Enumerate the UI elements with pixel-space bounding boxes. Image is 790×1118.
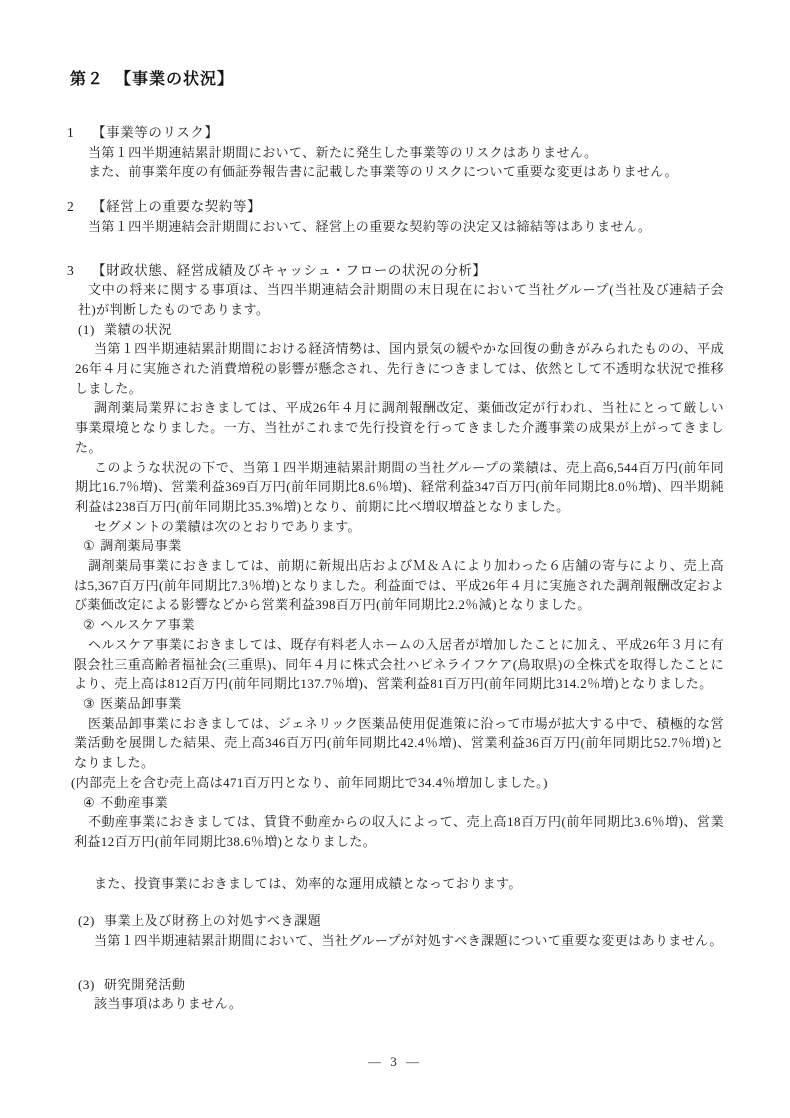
- section-business-risks: 1 【事業等のリスク】 当第１四半期連結累計期間において、新たに発生した事業等の…: [67, 123, 724, 182]
- paragraph: 当第１四半期連結累計期間において、新たに発生した事業等のリスクはありません。: [78, 143, 724, 163]
- subsection-title: 業績の状況: [104, 320, 172, 340]
- paragraph: 文中の将来に関する事項は、当四半期連結会計期間の末日現在において当社グループ(当…: [78, 280, 724, 319]
- section-number: 3: [67, 261, 92, 281]
- segment-title: 不動産事業: [100, 793, 168, 813]
- paragraph: ヘルスケア事業におきましては、既存有料老人ホームの入居者が増加したことに加え、平…: [74, 635, 724, 694]
- note-paragraph: (内部売上を含む売上高は471百万円となり、前年同期比で34.4％増加しました。…: [71, 773, 724, 793]
- segment-item-pharmaceutical-wholesale: ③ 医薬品卸事業 医薬品卸事業におきましては、ジェネリック医薬品使用促進策に沿っ…: [67, 694, 724, 793]
- paragraph: 当第１四半期連結会計期間において、経営上の重要な契約等の決定又は締結等はありませ…: [78, 217, 724, 237]
- subsection-label: (3): [78, 975, 104, 995]
- segment-item-real-estate: ④ 不動産事業 不動産事業におきましては、賃貸不動産からの収入によって、売上高1…: [67, 793, 724, 852]
- paragraph: 当第１四半期連結累計期間において、当社グループが対処すべき課題について重要な変更…: [75, 931, 724, 951]
- section-material-contracts: 2 【経営上の重要な契約等】 当第１四半期連結会計期間において、経営上の重要な契…: [67, 197, 724, 236]
- section-title: 【経営上の重要な契約等】: [92, 197, 261, 217]
- paragraph: また、前事業年度の有価証券報告書に記載した事業等のリスクについて重要な変更はあり…: [78, 162, 724, 182]
- section-number: 2: [67, 197, 92, 217]
- segment-label: ①: [83, 536, 95, 556]
- segment-heading: ③ 医薬品卸事業: [83, 694, 724, 714]
- section-title: 【財政状態、経営成績及びキャッシュ・フローの状況の分析】: [92, 261, 487, 281]
- section-heading: 1 【事業等のリスク】: [67, 123, 724, 143]
- paragraph: 不動産事業におきましては、賃貸不動産からの収入によって、売上高18百万円(前年同…: [74, 812, 724, 851]
- section-heading: 2 【経営上の重要な契約等】: [67, 197, 724, 217]
- paragraph: 医薬品卸事業におきましては、ジェネリック医薬品使用促進策に沿って市場が拡大する中…: [74, 714, 724, 773]
- segment-label: ③: [83, 694, 95, 714]
- section-number: 1: [67, 123, 92, 143]
- paragraph: このような状況の下で、当第１四半期連結累計期間の当社グループの業績は、売上高6,…: [75, 458, 724, 517]
- subsection-heading: (1) 業績の状況: [78, 320, 724, 340]
- segment-label: ④: [83, 793, 95, 813]
- section-heading: 3 【財政状態、経営成績及びキャッシュ・フローの状況の分析】: [67, 261, 724, 281]
- segment-title: 医薬品卸事業: [100, 694, 182, 714]
- subsection-business-issues: (2) 事業上及び財務上の対処すべき課題 当第１四半期連結累計期間において、当社…: [67, 911, 724, 950]
- subsection-heading: (2) 事業上及び財務上の対処すべき課題: [78, 911, 724, 931]
- subsection-label: (1): [78, 320, 104, 340]
- subsection-title: 事業上及び財務上の対処すべき課題: [104, 911, 321, 931]
- paragraph: 該当事項はありません。: [75, 994, 724, 1014]
- chapter-title: 【事業の状況】: [115, 70, 234, 90]
- section-financial-analysis: 3 【財政状態、経営成績及びキャッシュ・フローの状況の分析】 文中の将来に関する…: [67, 261, 724, 1015]
- segment-item-pharmacy: ① 調剤薬局事業 調剤薬局事業におきましては、前期に新規出店およびＭ＆Ａにより加…: [67, 536, 724, 615]
- segment-title: ヘルスケア事業: [100, 615, 195, 635]
- subsection-title: 研究開発活動: [104, 975, 186, 995]
- segment-heading: ① 調剤薬局事業: [83, 536, 724, 556]
- chapter-number: 第２: [70, 70, 104, 90]
- chapter-heading: 第２ 【事業の状況】: [70, 70, 724, 90]
- paragraph: セグメントの業績は次のとおりであります。: [75, 517, 724, 537]
- subsection-business-results: (1) 業績の状況 当第１四半期連結累計期間における経済情勢は、国内景気の緩やか…: [67, 320, 724, 894]
- subsection-heading: (3) 研究開発活動: [78, 975, 724, 995]
- page-number: ― 3 ―: [0, 1052, 790, 1072]
- report-page: 第２ 【事業の状況】 1 【事業等のリスク】 当第１四半期連結累計期間において、…: [0, 0, 790, 1118]
- paragraph: 調剤薬局事業におきましては、前期に新規出店およびＭ＆Ａにより加わった６店舗の寄与…: [74, 556, 724, 615]
- segment-label: ②: [83, 615, 95, 635]
- segment-heading: ④ 不動産事業: [83, 793, 724, 813]
- segment-heading: ② ヘルスケア事業: [83, 615, 724, 635]
- segment-title: 調剤薬局事業: [100, 536, 182, 556]
- paragraph: 調剤薬局業界におきましては、平成26年４月に調剤報酬改定、薬価改定が行われ、当社…: [75, 398, 724, 457]
- closing-paragraph: また、投資事業におきましては、効率的な運用成績となっております。: [75, 874, 724, 894]
- paragraph: 当第１四半期連結累計期間における経済情勢は、国内景気の緩やかな回復の動きがみられ…: [75, 339, 724, 398]
- subsection-research-development: (3) 研究開発活動 該当事項はありません。: [67, 975, 724, 1014]
- segment-item-healthcare: ② ヘルスケア事業 ヘルスケア事業におきましては、既存有料老人ホームの入居者が増…: [67, 615, 724, 694]
- subsection-label: (2): [78, 911, 104, 931]
- section-title: 【事業等のリスク】: [92, 123, 219, 143]
